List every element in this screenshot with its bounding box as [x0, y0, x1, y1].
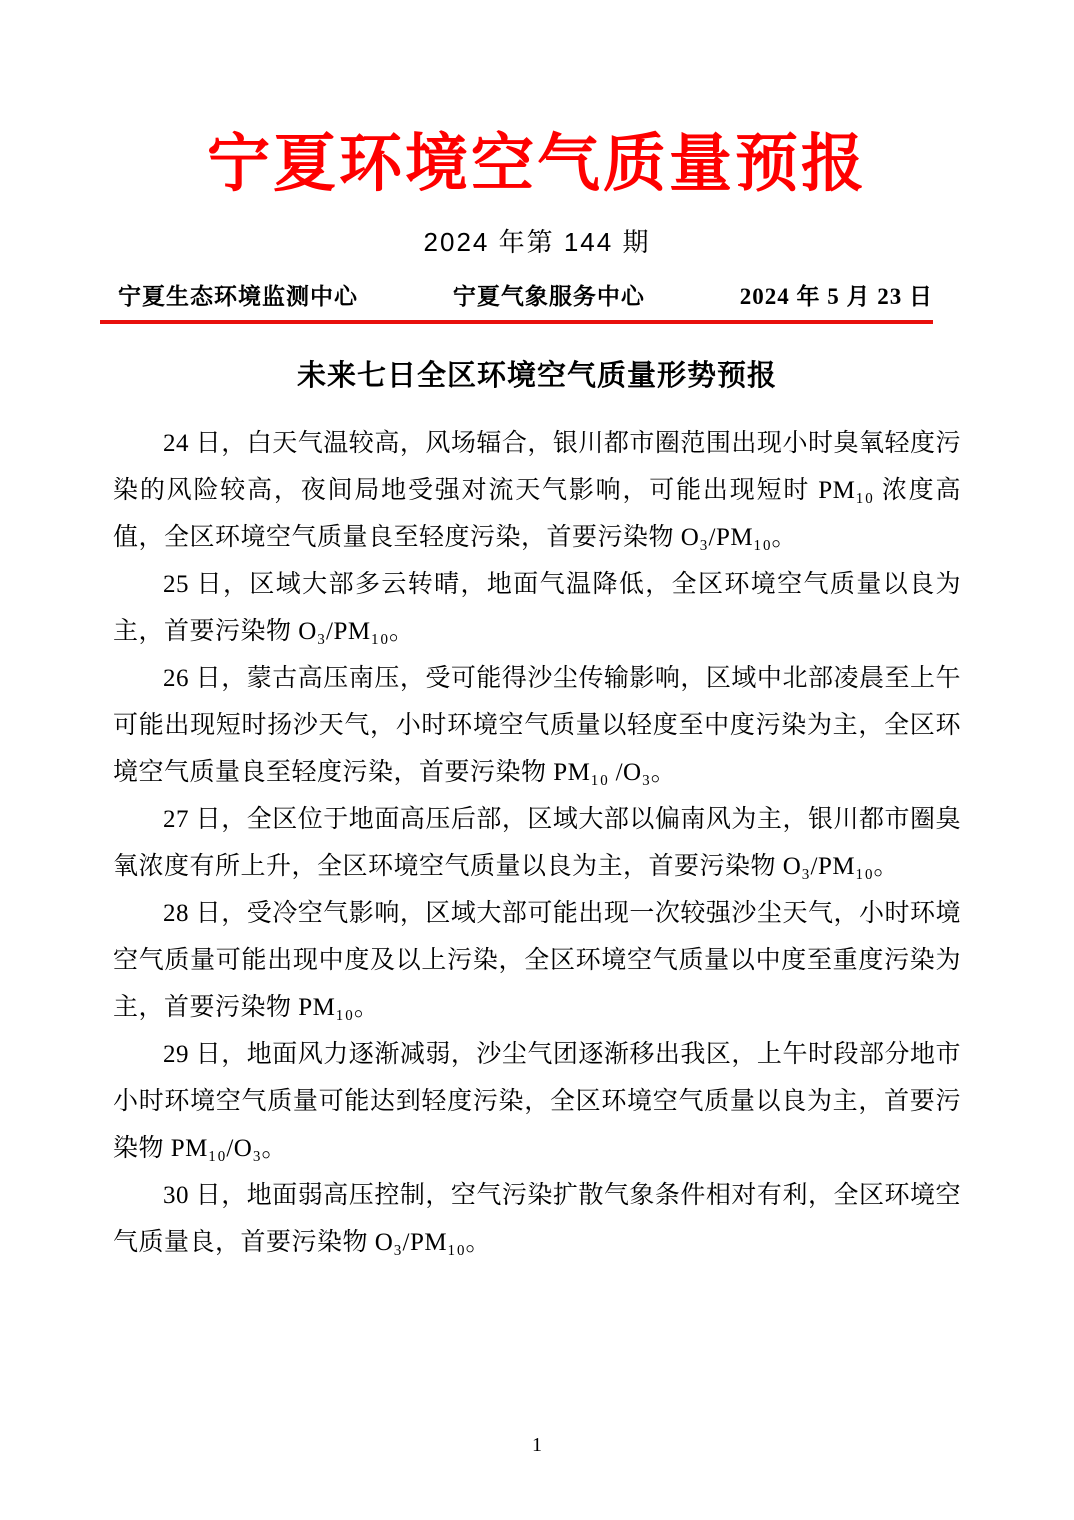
issue-date: 2024 年 5 月 23 日 — [740, 282, 933, 312]
forecast-paragraph: 25 日，区域大部多云转晴，地面气温降低，全区环境空气质量以良为主，首要污染物 … — [113, 561, 961, 655]
red-divider-rule — [100, 320, 933, 324]
header-org-row: 宁夏生态环境监测中心 宁夏气象服务中心 2024 年 5 月 23 日 — [113, 282, 961, 312]
document-content: 宁夏环境空气质量预报 2024 年第 144 期 宁夏生态环境监测中心 宁夏气象… — [0, 0, 1074, 1266]
issue-number: 2024 年第 144 期 — [113, 224, 961, 260]
document-page: 宁夏环境空气质量预报 2024 年第 144 期 宁夏生态环境监测中心 宁夏气象… — [0, 0, 1074, 1520]
forecast-body: 24 日，白天气温较高，风场辐合，银川都市圈范围出现小时臭氧轻度污染的风险较高，… — [113, 420, 961, 1266]
page-number: 1 — [0, 1432, 1074, 1458]
document-title: 宁夏环境空气质量预报 — [113, 0, 961, 204]
forecast-paragraph: 27 日，全区位于地面高压后部，区域大部以偏南风为主，银川都市圈臭氧浓度有所上升… — [113, 796, 961, 890]
forecast-paragraph: 28 日，受冷空气影响，区域大部可能出现一次较强沙尘天气，小时环境空气质量可能出… — [113, 890, 961, 1031]
org-monitoring-center: 宁夏生态环境监测中心 — [118, 282, 358, 312]
forecast-paragraph: 29 日，地面风力逐渐减弱，沙尘气团逐渐移出我区，上午时段部分地市小时环境空气质… — [113, 1031, 961, 1172]
forecast-paragraph: 26 日，蒙古高压南压，受可能得沙尘传输影响，区域中北部凌晨至上午可能出现短时扬… — [113, 655, 961, 796]
org-weather-center: 宁夏气象服务中心 — [453, 282, 645, 312]
forecast-paragraph: 24 日，白天气温较高，风场辐合，银川都市圈范围出现小时臭氧轻度污染的风险较高，… — [113, 420, 961, 561]
forecast-paragraph: 30 日，地面弱高压控制，空气污染扩散气象条件相对有利，全区环境空气质量良，首要… — [113, 1172, 961, 1266]
section-title: 未来七日全区环境空气质量形势预报 — [113, 356, 961, 396]
